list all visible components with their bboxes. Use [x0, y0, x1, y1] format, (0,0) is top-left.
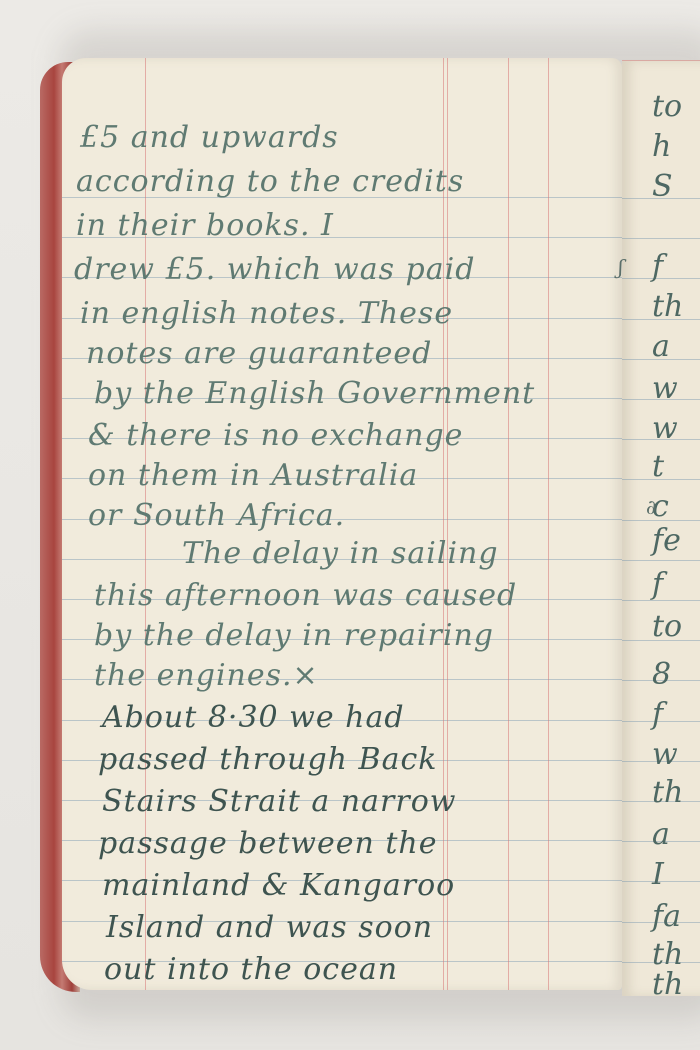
- text-fragment: w: [652, 411, 678, 446]
- text-fragment: to: [652, 609, 682, 644]
- text-fragment: f: [652, 567, 663, 602]
- margin-mark: ∂: [646, 495, 656, 519]
- text-line: & there is no exchange: [88, 418, 463, 453]
- text-fragment: th: [652, 967, 683, 996]
- text-line: according to the credits: [76, 164, 464, 199]
- text-line: About 8·30 we had: [102, 700, 405, 735]
- column-line-3: [548, 58, 549, 990]
- text-line: in their books. I: [76, 208, 334, 243]
- text-fragment: to: [652, 89, 682, 124]
- text-line: in english notes. These: [80, 296, 453, 331]
- text-line: the engines.×: [94, 658, 319, 693]
- left-diary-page: £5 and upwards according to the credits …: [62, 58, 622, 990]
- text-line: passage between the: [98, 826, 437, 861]
- text-line: £5 and upwards: [80, 120, 339, 155]
- text-line: mainland & Kangaroo: [102, 868, 455, 903]
- text-line: on them in Australia: [88, 458, 418, 493]
- text-line: or South Africa.: [88, 498, 345, 533]
- text-line: this afternoon was caused: [94, 578, 517, 613]
- text-line: passed through Back: [98, 742, 437, 777]
- rule-line: [622, 560, 700, 561]
- margin-mark: ʃ: [618, 255, 623, 279]
- text-fragment: w: [652, 737, 678, 772]
- text-fragment: I: [652, 857, 664, 892]
- text-fragment: a: [652, 329, 670, 364]
- text-fragment: th: [652, 775, 683, 810]
- text-fragment: f: [652, 249, 663, 284]
- rule-line: [622, 238, 700, 239]
- text-line: by the English Government: [94, 376, 535, 411]
- text-line: Island and was soon: [106, 910, 433, 945]
- text-line: The delay in sailing: [182, 536, 499, 571]
- text-fragment: h: [652, 129, 671, 164]
- column-line-2: [508, 58, 509, 990]
- text-line: drew £5. which was paid: [74, 252, 475, 287]
- text-fragment: fe: [652, 523, 681, 558]
- text-fragment: th: [652, 289, 683, 324]
- text-fragment: a: [652, 817, 670, 852]
- text-fragment: 8: [652, 657, 671, 692]
- text-fragment: S: [652, 169, 673, 204]
- text-fragment: f: [652, 697, 663, 732]
- text-fragment: t: [652, 449, 664, 484]
- text-fragment: fa: [652, 899, 681, 934]
- text-fragment: w: [652, 371, 678, 406]
- right-diary-page-partial: tohSfthawwtcfefto8fwthaIfathth: [622, 60, 700, 996]
- text-line: by the delay in repairing: [94, 618, 494, 653]
- text-line: notes are guaranteed: [86, 336, 432, 371]
- text-line: out into the ocean: [104, 952, 398, 987]
- text-line: Stairs Strait a narrow: [102, 784, 456, 819]
